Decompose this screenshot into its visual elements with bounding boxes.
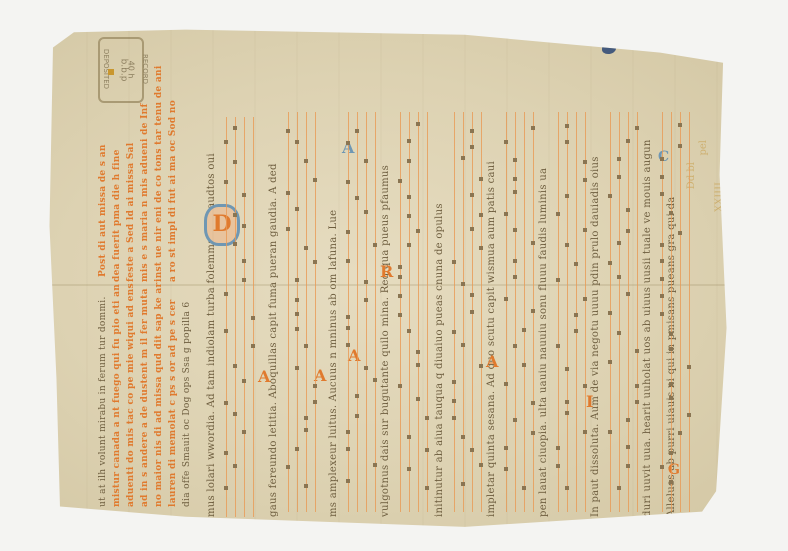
neume-note: [224, 140, 228, 144]
neume-note: [669, 480, 673, 484]
neume-note: [513, 158, 517, 162]
neume-note: [678, 144, 682, 148]
neume-note: [531, 126, 535, 130]
neume-note: [452, 399, 456, 403]
chant-line: gaus fereundo letitia. Aboquillas capit …: [268, 117, 279, 517]
neume-note: [355, 129, 359, 133]
neume-note: [313, 384, 317, 388]
staff-line: [463, 112, 464, 512]
neume-note: [364, 280, 368, 284]
staff-line: [244, 117, 245, 517]
neume-note: [608, 261, 612, 265]
neume-note: [295, 140, 299, 144]
neume-note: [233, 412, 237, 416]
staff-line: [366, 112, 367, 512]
neume-note: [295, 207, 299, 211]
neume-note: [513, 190, 517, 194]
neume-note: [461, 282, 465, 286]
pencil-note: pel: [698, 140, 709, 156]
staff-line: [576, 112, 577, 512]
neume-note: [678, 431, 682, 435]
neume-note: [407, 195, 411, 199]
neume-note: [669, 347, 673, 351]
neume-note: [452, 416, 456, 420]
neume-note: [565, 486, 569, 490]
neume-note: [304, 246, 308, 250]
neume-note: [286, 191, 290, 195]
neume-note: [295, 366, 299, 370]
stamp-text-3: 40 h: [126, 61, 135, 79]
neume-note: [304, 344, 308, 348]
neume-note: [522, 486, 526, 490]
library-deposit-stamp: DEPOSITED b.b.p 40 h RECORD: [98, 37, 144, 103]
staff-line: [515, 112, 516, 512]
neume-note: [407, 159, 411, 163]
neume-note: [313, 178, 317, 182]
neume-note: [470, 293, 474, 297]
staff-line: [235, 117, 236, 517]
neume-note: [398, 384, 402, 388]
neume-note: [461, 343, 465, 347]
neume-note: [479, 463, 483, 467]
neume-note: [608, 311, 612, 315]
neume-note: [452, 330, 456, 334]
neume-note: [346, 315, 350, 319]
neume-note: [425, 416, 429, 420]
neume-note: [583, 430, 587, 434]
neume-note: [470, 310, 474, 314]
pencil-note: XXIIII: [714, 182, 725, 212]
neume-note: [470, 227, 474, 231]
staff-line: [481, 112, 482, 512]
neume-note: [242, 278, 246, 282]
neume-note: [669, 332, 673, 336]
staff-line: [585, 112, 586, 512]
neume-note: [660, 294, 664, 298]
neume-note: [565, 367, 569, 371]
neume-note: [346, 141, 350, 145]
neume-note: [364, 298, 368, 302]
neume-note: [242, 193, 246, 197]
neume-note: [565, 243, 569, 247]
neume-note: [286, 129, 290, 133]
neume-note: [304, 484, 308, 488]
staff-line: [400, 112, 401, 512]
neume-note: [398, 179, 402, 183]
rubric-line: mis e s maria n mis adueni de Inf: [140, 122, 150, 282]
neume-note: [522, 363, 526, 367]
neume-note: [224, 329, 228, 333]
neume-note: [635, 349, 639, 353]
neume-note: [286, 465, 290, 469]
neume-note: [617, 175, 621, 179]
text-line: aduenti do mis tac co pe mie wiqui ad en…: [126, 307, 136, 507]
blue-ink-blot: [602, 44, 616, 54]
initial-a: A: [348, 346, 360, 365]
neume-note: [617, 275, 621, 279]
neume-note: [416, 122, 420, 126]
neume-note: [513, 418, 517, 422]
rubric-line: inst ue nir eni de co tons tar tenu de a…: [154, 122, 164, 282]
neume-note: [565, 411, 569, 415]
initial-r: R: [380, 262, 393, 281]
staff-line: [472, 112, 473, 512]
neume-note: [416, 350, 420, 354]
staff-line: [533, 112, 534, 512]
pencil-note: Dd bl: [686, 162, 697, 189]
neume-note: [504, 446, 508, 450]
staff-line: [288, 112, 289, 512]
staff-line: [297, 112, 298, 512]
neume-note: [617, 157, 621, 161]
staff-line: [628, 112, 629, 512]
neume-note: [522, 328, 526, 332]
neume-note: [678, 123, 682, 127]
neume-note: [556, 344, 560, 348]
staff-line: [506, 112, 507, 512]
staff-line: [558, 112, 559, 512]
text-line: dia offe Smauit oc Dog ops Ssa g popilla…: [182, 307, 192, 507]
neume-note: [574, 329, 578, 333]
neume-note: [355, 394, 359, 398]
initial-c-blue: C: [658, 149, 669, 165]
neume-note: [407, 139, 411, 143]
neume-note: [295, 447, 299, 451]
staff-line: [680, 112, 681, 512]
neume-note: [346, 447, 350, 451]
staff-line: [610, 112, 611, 512]
staff-line: [226, 117, 227, 517]
stamp-text-2: b.b.p: [118, 59, 128, 82]
neume-note: [678, 231, 682, 235]
stamp-text-4: RECORD: [141, 54, 149, 84]
neume-note: [251, 316, 255, 320]
neume-note: [425, 486, 429, 490]
rubric-line: dea fuerit pma die h fine: [112, 122, 122, 282]
neume-note: [504, 467, 508, 471]
neume-note: [304, 416, 308, 420]
staff-line: [671, 112, 672, 512]
stamp-mark: [108, 69, 114, 75]
neume-note: [346, 343, 350, 347]
neume-note: [304, 159, 308, 163]
neume-note: [565, 400, 569, 404]
neume-note: [531, 431, 535, 435]
staff-line: [375, 112, 376, 512]
neume-note: [295, 312, 299, 316]
neume-note: [461, 435, 465, 439]
neume-note: [407, 467, 411, 471]
neume-note: [452, 380, 456, 384]
neume-note: [251, 344, 255, 348]
neume-note: [626, 208, 630, 212]
neume-note: [242, 430, 246, 434]
staff-line: [689, 112, 690, 512]
rubric-line: a ro st impl di fut ai ma oc Sod no: [168, 122, 178, 282]
neume-note: [617, 241, 621, 245]
neume-note: [398, 313, 402, 317]
staff-line: [409, 112, 410, 512]
neume-note: [346, 326, 350, 330]
neume-note: [346, 259, 350, 263]
neume-note: [583, 160, 587, 164]
neume-note: [626, 292, 630, 296]
neume-note: [504, 297, 508, 301]
staff-line: [662, 112, 663, 512]
neume-note: [626, 464, 630, 468]
neume-note: [635, 126, 639, 130]
neume-note: [242, 224, 246, 228]
neume-note: [531, 401, 535, 405]
neume-note: [355, 196, 359, 200]
neume-note: [513, 275, 517, 279]
neume-note: [233, 242, 237, 246]
staff-line: [253, 117, 254, 517]
neume-note: [407, 214, 411, 218]
neume-note: [669, 382, 673, 386]
neume-note: [295, 278, 299, 282]
neume-note: [617, 486, 621, 490]
neume-note: [660, 192, 664, 196]
neume-note: [583, 228, 587, 232]
staff-line: [524, 112, 525, 512]
neume-note: [304, 428, 308, 432]
neume-note: [416, 363, 420, 367]
neume-note: [373, 378, 377, 382]
neume-note: [233, 213, 237, 217]
neume-note: [504, 212, 508, 216]
neume-note: [224, 486, 228, 490]
initial-a: A: [258, 367, 270, 386]
chant-line: mus lolari wwordia. Ad tam indiolam turb…: [206, 117, 217, 517]
neume-note: [513, 259, 517, 263]
neume-note: [479, 213, 483, 217]
staff-line: [637, 112, 638, 512]
neume-note: [373, 243, 377, 247]
neume-note: [416, 229, 420, 233]
neume-note: [669, 451, 673, 455]
chant-line: ms amplexeur luitus. Aucuus n mninus ab …: [328, 117, 339, 517]
neume-note: [373, 463, 377, 467]
chant-line: vulgotnus dais sur bugutante quilo mina.…: [380, 117, 391, 517]
neume-note: [425, 448, 429, 452]
chant-line: impletar quinta sesana. Ad quo scutu cap…: [486, 117, 497, 517]
staff-line: [418, 112, 419, 512]
manuscript-leaf: DEPOSITED b.b.p 40 h RECORD Post di aut …: [46, 22, 744, 532]
neume-note: [233, 364, 237, 368]
neume-note: [660, 157, 664, 161]
neume-note: [407, 435, 411, 439]
neume-note: [583, 384, 587, 388]
neume-note: [583, 297, 587, 301]
neume-note: [617, 331, 621, 335]
historiated-initial-d: D: [204, 204, 240, 246]
neume-note: [295, 327, 299, 331]
text-line: lauren di memolat c ps s or ad pe s cer: [168, 307, 178, 507]
neume-note: [556, 212, 560, 216]
staff-line: [567, 112, 568, 512]
neume-note: [346, 230, 350, 234]
neume-note: [626, 445, 630, 449]
neume-note: [660, 259, 664, 263]
neume-note: [242, 379, 246, 383]
neume-note: [626, 418, 630, 422]
neume-note: [504, 382, 508, 386]
neume-note: [635, 384, 639, 388]
neume-note: [531, 309, 535, 313]
neume-note: [346, 180, 350, 184]
neume-note: [242, 259, 246, 263]
neume-note: [565, 124, 569, 128]
neume-note: [224, 401, 228, 405]
chant-line: duri uuvit uua. hearit uuholat uos ab ui…: [642, 117, 653, 517]
neume-note: [513, 177, 517, 181]
text-line: ad in s andere a de dustent m il fer mut…: [140, 307, 150, 507]
staff-line: [357, 112, 358, 512]
text-line: mistur canada a nt fuego qui fu pio eti …: [112, 307, 122, 507]
initial-a: A: [486, 352, 498, 371]
neume-note: [513, 344, 517, 348]
neume-note: [574, 313, 578, 317]
staff-line: [315, 112, 316, 512]
neume-note: [565, 194, 569, 198]
neume-note: [398, 294, 402, 298]
neume-note: [398, 275, 402, 279]
neume-note: [355, 414, 359, 418]
neume-note: [626, 139, 630, 143]
staff-line: [348, 112, 349, 512]
neume-note: [470, 193, 474, 197]
neume-note: [513, 228, 517, 232]
neume-note: [364, 366, 368, 370]
neume-note: [583, 178, 587, 182]
chant-line: pen lauat ciuopia. ulta uauiu nauuiu son…: [538, 117, 549, 517]
neume-note: [479, 364, 483, 368]
chant-line: Alleluos ab purri uiauis ni qui in pmisa…: [666, 117, 677, 517]
rubric-line: Post di aut missa de s an: [98, 127, 108, 277]
neume-note: [233, 160, 237, 164]
neume-note: [660, 243, 664, 247]
chant-line: In paut dissoluta. Aum de via negotu uuu…: [590, 117, 601, 517]
neume-note: [224, 180, 228, 184]
horizontal-fold-crease: [46, 284, 744, 286]
neume-note: [556, 446, 560, 450]
staff-line: [427, 112, 428, 512]
text-line: no maior nis di ad missa qud dit sap ke …: [154, 307, 164, 507]
chant-line: initinutur ab aiua tauqua q diuaiuo puea…: [434, 117, 445, 517]
neume-note: [407, 243, 411, 247]
neume-note: [608, 430, 612, 434]
neume-note: [416, 397, 420, 401]
initial-i: I: [586, 392, 593, 411]
neume-note: [479, 177, 483, 181]
neume-note: [470, 448, 474, 452]
neume-note: [556, 278, 560, 282]
neume-note: [407, 329, 411, 333]
neume-note: [364, 210, 368, 214]
neume-note: [660, 277, 664, 281]
rubric-line: feste a Sed ld ai missa Sal: [126, 122, 136, 282]
stamp-text-1: DEPOSITED: [102, 49, 110, 89]
neume-note: [687, 365, 691, 369]
neume-note: [398, 265, 402, 269]
initial-g: G: [668, 462, 680, 478]
neume-note: [233, 464, 237, 468]
neume-note: [565, 140, 569, 144]
neume-note: [660, 465, 664, 469]
staff-line: [619, 112, 620, 512]
initial-a: A: [314, 366, 326, 385]
neume-note: [313, 400, 317, 404]
neume-note: [313, 260, 317, 264]
neume-note: [660, 175, 664, 179]
neume-note: [364, 159, 368, 163]
neume-note: [346, 430, 350, 434]
neume-note: [687, 413, 691, 417]
neume-note: [660, 312, 664, 316]
neume-note: [504, 140, 508, 144]
neume-note: [635, 400, 639, 404]
staff-line: [306, 112, 307, 512]
initial-a-blue: A: [342, 138, 354, 157]
neume-note: [224, 451, 228, 455]
neume-note: [346, 479, 350, 483]
neume-note: [224, 292, 228, 296]
neume-note: [608, 360, 612, 364]
neume-note: [608, 194, 612, 198]
text-line: ut at ilh volunt mirabu in ferum tur dom…: [98, 307, 108, 507]
neume-note: [452, 260, 456, 264]
neume-note: [556, 464, 560, 468]
neume-note: [295, 298, 299, 302]
neume-note: [669, 396, 673, 400]
neume-note: [233, 126, 237, 130]
neume-note: [286, 227, 290, 231]
staff-line: [454, 112, 455, 512]
neume-note: [531, 241, 535, 245]
neume-note: [479, 246, 483, 250]
neume-note: [626, 229, 630, 233]
neume-note: [470, 145, 474, 149]
neume-note: [669, 211, 673, 215]
neume-note: [461, 482, 465, 486]
neume-note: [574, 262, 578, 266]
neume-note: [470, 129, 474, 133]
neume-note: [461, 156, 465, 160]
